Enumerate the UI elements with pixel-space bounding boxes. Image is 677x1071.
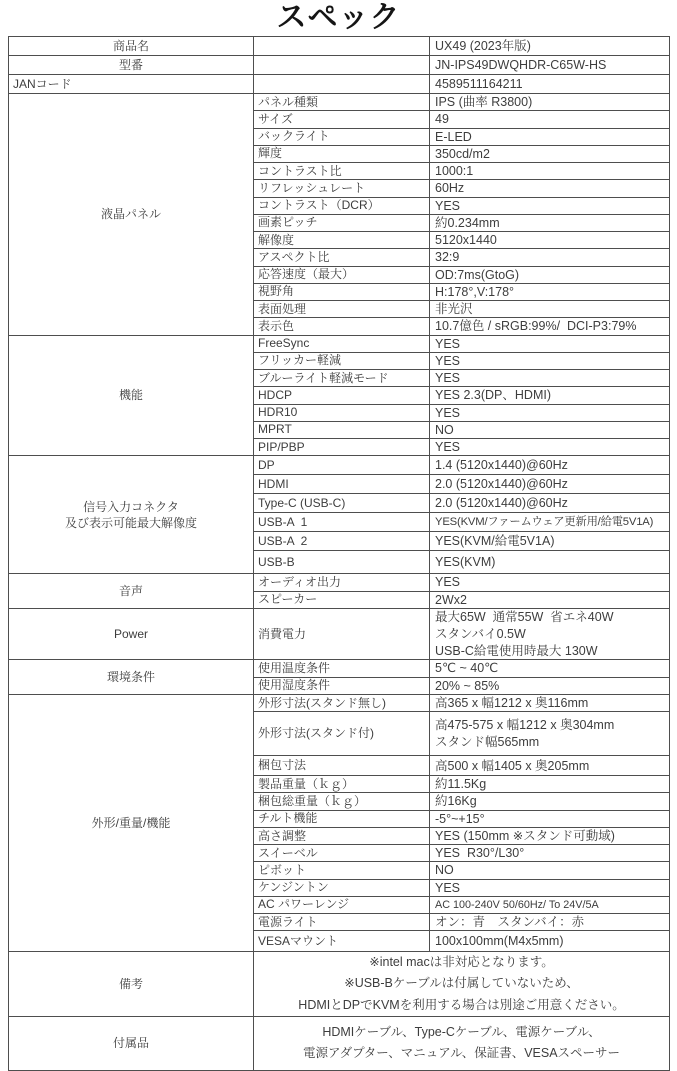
spec-page: スペック 商品名 UX49 (2023年版) 型番 JN-IPS49DWQHDR… — [0, 0, 677, 1071]
category-cell: Power — [9, 608, 254, 660]
spec-label: FreeSync — [254, 335, 430, 352]
spec-value: 2Wx2 — [430, 591, 670, 608]
spec-label: スピーカー — [254, 591, 430, 608]
spec-label: サイズ — [254, 111, 430, 128]
spec-value: YES — [430, 352, 670, 369]
spec-label: PIP/PBP — [254, 439, 430, 456]
spec-label: コントラスト比 — [254, 163, 430, 180]
spec-label: コントラスト（DCR） — [254, 197, 430, 214]
spec-value: 約11.5Kg — [430, 776, 670, 793]
category-cell: 備考 — [9, 952, 254, 1017]
spec-label: ケンジントン — [254, 879, 430, 896]
spec-value: YES (150mm ※スタンド可動域) — [430, 827, 670, 844]
spec-value: 20% ~ 85% — [430, 677, 670, 694]
category-cell: 型番 — [9, 56, 254, 75]
spec-label: 輝度 — [254, 145, 430, 162]
table-row: 機能 FreeSync YES — [9, 335, 670, 352]
category-cell: 液晶パネル — [9, 94, 254, 336]
spec-value: 非光沢 — [430, 301, 670, 318]
spec-value: 60Hz — [430, 180, 670, 197]
spec-value: 高500 x 幅1405 x 奥205mm — [430, 756, 670, 776]
spec-value: 2.0 (5120x1440)@60Hz — [430, 494, 670, 513]
spec-label: 外形寸法(スタンド付) — [254, 712, 430, 756]
spec-label: VESAマウント — [254, 931, 430, 952]
spec-label: チルト機能 — [254, 810, 430, 827]
spec-value: NO — [430, 862, 670, 879]
spec-label: MPRT — [254, 421, 430, 438]
table-row: 信号入力コネクタ 及び表示可能最大解像度 DP 1.4 (5120x1440)@… — [9, 456, 670, 475]
table-row: 付属品 HDMIケーブル、Type-Cケーブル、電源ケーブル、 電源アダプター、… — [9, 1016, 670, 1070]
spec-value: YES — [430, 335, 670, 352]
spec-value: 10.7億色 / sRGB:99%/ DCI-P3:79% — [430, 318, 670, 335]
spec-value: 5℃ ~ 40℃ — [430, 660, 670, 677]
spec-label: 応答速度（最大） — [254, 266, 430, 283]
spec-label — [254, 75, 430, 94]
spec-value: YES — [430, 370, 670, 387]
spec-value: YES — [430, 197, 670, 214]
spec-value: 32:9 — [430, 249, 670, 266]
spec-label: 電源ライト — [254, 913, 430, 930]
spec-value: 2.0 (5120x1440)@60Hz — [430, 475, 670, 494]
spec-label: パネル種類 — [254, 94, 430, 111]
spec-label: 画素ピッチ — [254, 214, 430, 231]
spec-label: フリッカー軽減 — [254, 352, 430, 369]
table-row: Power 消費電力 最大65W 通常55W 省エネ40W スタンバイ0.5W … — [9, 608, 670, 660]
category-cell: 外形/重量/機能 — [9, 694, 254, 951]
spec-value: YES — [430, 879, 670, 896]
spec-label: バックライト — [254, 128, 430, 145]
spec-label: AC パワーレンジ — [254, 896, 430, 913]
spec-value: -5°~+15° — [430, 810, 670, 827]
spec-value: 100x100mm(M4x5mm) — [430, 931, 670, 952]
category-cell: 商品名 — [9, 37, 254, 56]
spec-value: NO — [430, 421, 670, 438]
spec-label: 使用湿度条件 — [254, 677, 430, 694]
table-row: 外形/重量/機能 外形寸法(スタンド無し) 高365 x 幅1212 x 奥11… — [9, 694, 670, 711]
spec-value: 約16Kg — [430, 793, 670, 810]
spec-value: 約0.234mm — [430, 214, 670, 231]
spec-label: HDCP — [254, 387, 430, 404]
spec-value: JN-IPS49DWQHDR-C65W-HS — [430, 56, 670, 75]
spec-label: リフレッシュレート — [254, 180, 430, 197]
spec-label: ブルーライト軽減モード — [254, 370, 430, 387]
table-row: 液晶パネル パネル種類 IPS (曲率 R3800) — [9, 94, 670, 111]
spec-value: YES — [430, 404, 670, 421]
spec-label: 高さ調整 — [254, 827, 430, 844]
table-row: 商品名 UX49 (2023年版) — [9, 37, 670, 56]
table-row: 音声 オーディオ出力 YES — [9, 574, 670, 591]
spec-label: HDMI — [254, 475, 430, 494]
spec-label: USB-A 1 — [254, 513, 430, 532]
table-row: 型番 JN-IPS49DWQHDR-C65W-HS — [9, 56, 670, 75]
spec-label: HDR10 — [254, 404, 430, 421]
spec-label: スイーベル — [254, 845, 430, 862]
table-row: 備考 ※intel macは非対応となります。 ※USB-Bケーブルは付属してい… — [9, 952, 670, 1017]
category-cell: 機能 — [9, 335, 254, 456]
spec-value: 高475-575 x 幅1212 x 奥304mm スタンド幅565mm — [430, 712, 670, 756]
spec-label: USB-A 2 — [254, 532, 430, 551]
category-cell: JANコード — [9, 75, 254, 94]
spec-label: ピボット — [254, 862, 430, 879]
spec-label: 表面処理 — [254, 301, 430, 318]
spec-label: 製品重量（ｋｇ） — [254, 776, 430, 793]
spec-label: アスペクト比 — [254, 249, 430, 266]
spec-value: OD:7ms(GtoG) — [430, 266, 670, 283]
spec-label: 使用温度条件 — [254, 660, 430, 677]
spec-value: 1000:1 — [430, 163, 670, 180]
category-cell: 付属品 — [9, 1016, 254, 1070]
table-row: 環境条件 使用温度条件 5℃ ~ 40℃ — [9, 660, 670, 677]
spec-label: 解像度 — [254, 232, 430, 249]
spec-value: 最大65W 通常55W 省エネ40W スタンバイ0.5W USB-C給電使用時最… — [430, 608, 670, 660]
spec-label: 消費電力 — [254, 608, 430, 660]
notes-value: ※intel macは非対応となります。 ※USB-Bケーブルは付属していないた… — [254, 952, 670, 1017]
spec-value: YES — [430, 574, 670, 591]
spec-label: オーディオ出力 — [254, 574, 430, 591]
spec-label: 表示色 — [254, 318, 430, 335]
spec-value: YES(KVM) — [430, 551, 670, 574]
spec-value: 350cd/m2 — [430, 145, 670, 162]
category-cell: 環境条件 — [9, 660, 254, 695]
spec-value: YES(KVM/給電5V1A) — [430, 532, 670, 551]
table-row: JANコード 4589511164211 — [9, 75, 670, 94]
spec-value: 4589511164211 — [430, 75, 670, 94]
spec-value: IPS (曲率 R3800) — [430, 94, 670, 111]
accessories-value: HDMIケーブル、Type-Cケーブル、電源ケーブル、 電源アダプター、マニュア… — [254, 1016, 670, 1070]
spec-label: 梱包総重量（ｋｇ） — [254, 793, 430, 810]
spec-value: E-LED — [430, 128, 670, 145]
spec-label: USB-B — [254, 551, 430, 574]
spec-value: YES R30°/L30° — [430, 845, 670, 862]
spec-label: 梱包寸法 — [254, 756, 430, 776]
page-title: スペック — [0, 0, 677, 36]
spec-label: 視野角 — [254, 283, 430, 300]
spec-value: 5120x1440 — [430, 232, 670, 249]
spec-label: Type-C (USB-C) — [254, 494, 430, 513]
spec-label: 外形寸法(スタンド無し) — [254, 694, 430, 711]
spec-value: 1.4 (5120x1440)@60Hz — [430, 456, 670, 475]
category-cell: 音声 — [9, 574, 254, 609]
spec-label — [254, 56, 430, 75]
spec-value: YES(KVM/ファームウェア更新用/給電5V1A) — [430, 513, 670, 532]
spec-value: 高365 x 幅1212 x 奥116mm — [430, 694, 670, 711]
spec-label — [254, 37, 430, 56]
category-cell: 信号入力コネクタ 及び表示可能最大解像度 — [9, 456, 254, 574]
spec-table: 商品名 UX49 (2023年版) 型番 JN-IPS49DWQHDR-C65W… — [8, 36, 670, 1071]
spec-value: YES — [430, 439, 670, 456]
spec-value: UX49 (2023年版) — [430, 37, 670, 56]
spec-value: AC 100-240V 50/60Hz/ To 24V/5A — [430, 896, 670, 913]
spec-value: オン：青 スタンバイ：赤 — [430, 913, 670, 930]
spec-value: 49 — [430, 111, 670, 128]
spec-value: YES 2.3(DP、HDMI) — [430, 387, 670, 404]
spec-value: H:178°,V:178° — [430, 283, 670, 300]
spec-label: DP — [254, 456, 430, 475]
